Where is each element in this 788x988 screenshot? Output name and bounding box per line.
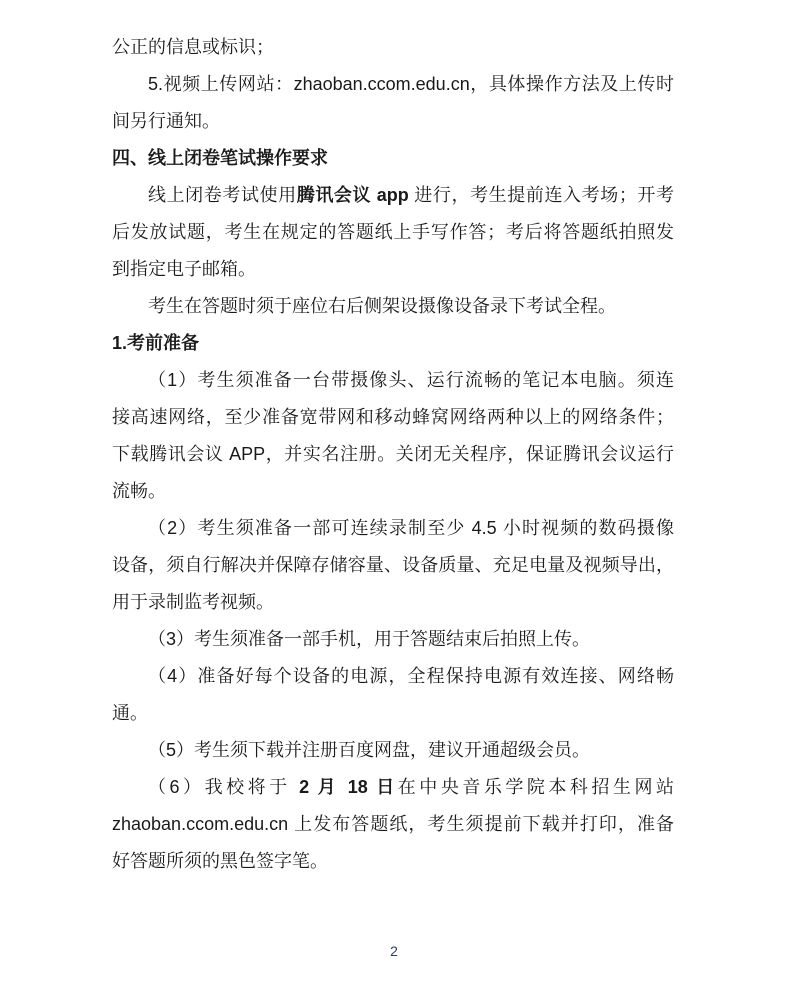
text-run: 考生在答题时须于座位右后侧架设摄像设备录下考试全程。 (148, 296, 616, 316)
heading-section-4-written-exam-requirements-line1: 四、线上闭卷笔试操作要求 (112, 140, 674, 177)
para-item-2-camera-device-line1: （2）考生须准备一部可连续录制至少 4.5 小时视频的数码摄像 (112, 510, 674, 547)
text-run: zhaoban.ccom.edu.cn 上发布答题纸，考生须提前下载并打印，准备 (112, 814, 674, 834)
bold-text-run: 腾讯会议 app (297, 185, 409, 205)
page-footer: 2 (0, 941, 788, 962)
text-run: 流畅。 (112, 481, 166, 501)
para-item-4-power-line2: 通。 (112, 695, 674, 732)
para-exam-procedure-line1: 线上闭卷考试使用腾讯会议 app 进行，考生提前连入考场；开考 (112, 177, 674, 214)
text-run: 好答题所须的黑色签字笔。 (112, 851, 328, 871)
text-run: 公正的信息或标识； (112, 37, 274, 57)
text-run: （6）我校将于 (148, 777, 299, 797)
para-item-1-laptop-line3: 下载腾讯会议 APP，并实名注册。关闭无关程序，保证腾讯会议运行 (112, 436, 674, 473)
para-item-6-answer-sheet-line3: 好答题所须的黑色签字笔。 (112, 843, 674, 880)
para-item-1-laptop-line2: 接高速网络，至少准备宽带网和移动蜂窝网络两种以上的网络条件； (112, 399, 674, 436)
para-item-3-phone-line1: （3）考生须准备一部手机，用于答题结束后拍照上传。 (112, 621, 674, 658)
bold-text-run: 四、线上闭卷笔试操作要求 (112, 148, 328, 168)
text-run: 5.视频上传网站：zhaoban.ccom.edu.cn，具体操作方法及上传时 (148, 74, 674, 94)
para-item-5-baidu-netdisk-line1: （5）考生须下载并注册百度网盘，建议开通超级会员。 (112, 732, 674, 769)
page-number: 2 (390, 943, 398, 959)
para-exam-procedure-line2: 后发放试题，考生在规定的答题纸上手写作答；考后将答题纸拍照发 (112, 214, 674, 251)
para-item-4-power-line1: （4）准备好每个设备的电源，全程保持电源有效连接、网络畅 (112, 658, 674, 695)
para-video-upload-site-line2: 间另行通知。 (112, 103, 674, 140)
para-item-1-laptop-line4: 流畅。 (112, 473, 674, 510)
text-run: 进行，考生提前连入考场；开考 (409, 185, 674, 205)
text-run: （2）考生须准备一部可连续录制至少 4.5 小时视频的数码摄像 (148, 518, 674, 538)
text-run: （4）准备好每个设备的电源，全程保持电源有效连接、网络畅 (148, 666, 674, 686)
text-run: （1）考生须准备一台带摄像头、运行流畅的笔记本电脑。须连 (148, 370, 674, 390)
text-run: 下载腾讯会议 APP，并实名注册。关闭无关程序，保证腾讯会议运行 (112, 444, 674, 464)
text-run: 线上闭卷考试使用 (148, 185, 297, 205)
text-run: 间另行通知。 (112, 111, 220, 131)
text-run: 设备，须自行解决并保障存储容量、设备质量、充足电量及视频导出， (112, 555, 674, 575)
text-run: 用于录制监考视频。 (112, 592, 274, 612)
para-item-2-camera-device-line3: 用于录制监考视频。 (112, 584, 674, 621)
text-run: （3）考生须准备一部手机，用于答题结束后拍照上传。 (148, 629, 590, 649)
para-tail-info-marks-line1: 公正的信息或标识； (112, 29, 674, 66)
text-run: 到指定电子邮箱。 (112, 259, 256, 279)
para-item-6-answer-sheet-line2: zhaoban.ccom.edu.cn 上发布答题纸，考生须提前下载并打印，准备 (112, 806, 674, 843)
para-item-1-laptop-line1: （1）考生须准备一台带摄像头、运行流畅的笔记本电脑。须连 (112, 362, 674, 399)
para-exam-procedure-line3: 到指定电子邮箱。 (112, 251, 674, 288)
text-run: 后发放试题，考生在规定的答题纸上手写作答；考后将答题纸拍照发 (112, 222, 674, 242)
bold-text-run: 1.考前准备 (112, 333, 199, 353)
text-run: 通。 (112, 703, 148, 723)
para-item-6-answer-sheet-line1: （6）我校将于 2 月 18 日在中央音乐学院本科招生网站 (112, 769, 674, 806)
document-page: 公正的信息或标识；5.视频上传网站：zhaoban.ccom.edu.cn，具体… (0, 0, 788, 988)
para-video-upload-site-line1: 5.视频上传网站：zhaoban.ccom.edu.cn，具体操作方法及上传时 (112, 66, 674, 103)
para-item-2-camera-device-line2: 设备，须自行解决并保障存储容量、设备质量、充足电量及视频导出， (112, 547, 674, 584)
document-body: 公正的信息或标识；5.视频上传网站：zhaoban.ccom.edu.cn，具体… (112, 29, 674, 880)
bold-text-run: 2 月 18 日 (299, 777, 398, 797)
text-run: 在中央音乐学院本科招生网站 (398, 777, 674, 797)
text-run: （5）考生须下载并注册百度网盘，建议开通超级会员。 (148, 740, 590, 760)
text-run: 接高速网络，至少准备宽带网和移动蜂窝网络两种以上的网络条件； (112, 407, 674, 427)
heading-pre-exam-preparation-line1: 1.考前准备 (112, 325, 674, 362)
para-camera-setup-line1: 考生在答题时须于座位右后侧架设摄像设备录下考试全程。 (112, 288, 674, 325)
